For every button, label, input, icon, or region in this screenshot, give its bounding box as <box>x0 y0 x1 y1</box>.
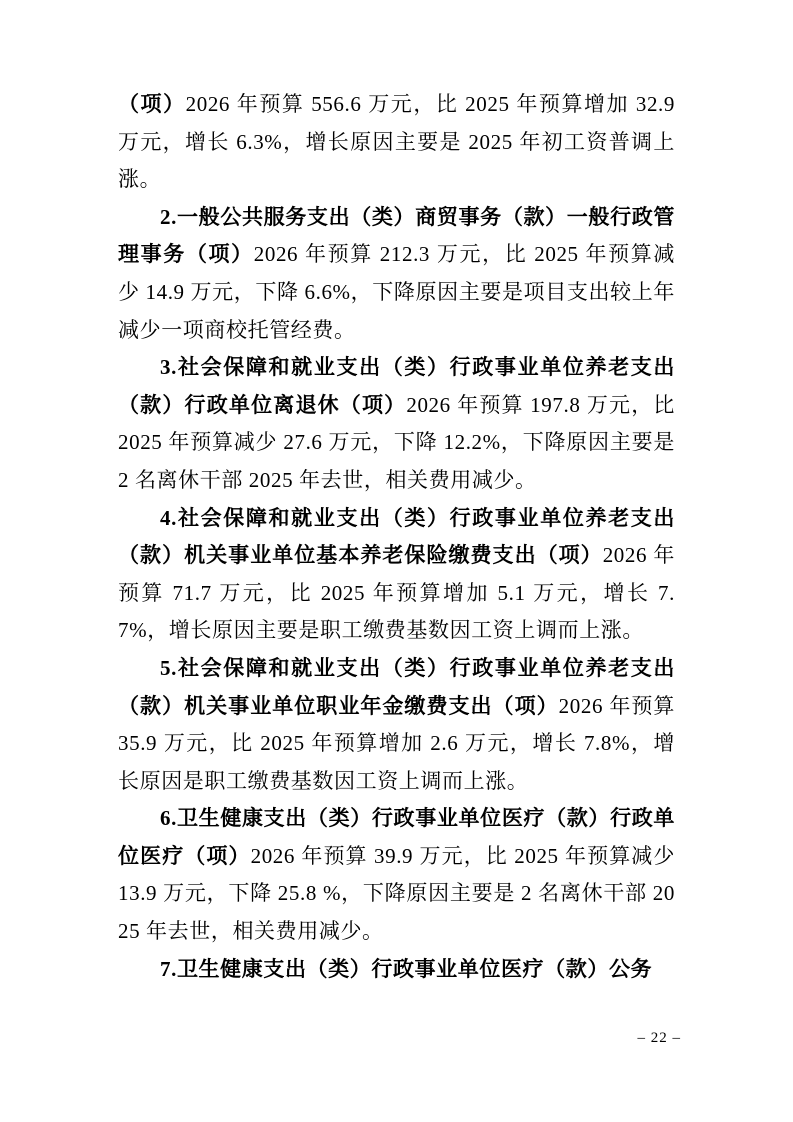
paragraph: 4.社会保障和就业支出（类）行政事业单位养老支出（款）机关事业单位基本养老保险缴… <box>118 500 675 650</box>
paragraph-heading: 7.卫生健康支出（类）行政事业单位医疗（款）公务 <box>160 957 652 981</box>
paragraph-heading: 4.社会保障和就业支出（类）行政事业单位养老支出（款）机关事业单位基本养老保险缴… <box>118 506 675 568</box>
page-number: – 22 – <box>638 1030 682 1047</box>
paragraph: （项）2026 年预算 556.6 万元，比 2025 年预算增加 32.9 万… <box>118 86 675 199</box>
paragraph: 3.社会保障和就业支出（类）行政事业单位养老支出（款）行政单位离退休（项）202… <box>118 349 675 499</box>
paragraph: 5.社会保障和就业支出（类）行政事业单位养老支出（款）机关事业单位职业年金缴费支… <box>118 650 675 800</box>
paragraph-body-text: 2026 年预算 556.6 万元，比 2025 年预算增加 32.9 万元，增… <box>118 92 675 191</box>
paragraph: 2.一般公共服务支出（类）商贸事务（款）一般行政管理事务（项）2026 年预算 … <box>118 199 675 349</box>
document-body: （项）2026 年预算 556.6 万元，比 2025 年预算增加 32.9 万… <box>118 86 675 988</box>
document-page: （项）2026 年预算 556.6 万元，比 2025 年预算增加 32.9 万… <box>0 0 793 1122</box>
paragraph: 7.卫生健康支出（类）行政事业单位医疗（款）公务 <box>118 951 675 989</box>
paragraph-heading: （项） <box>118 92 186 116</box>
paragraph: 6.卫生健康支出（类）行政事业单位医疗（款）行政单位医疗（项）2026 年预算 … <box>118 800 675 950</box>
